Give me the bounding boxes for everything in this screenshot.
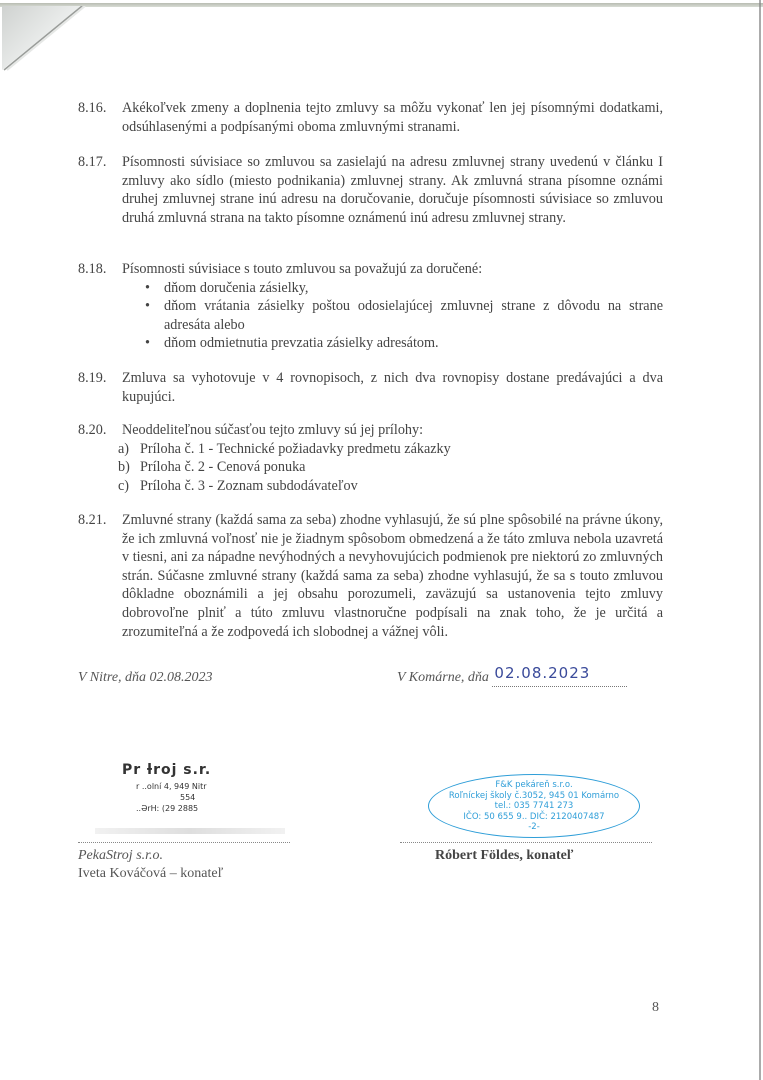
- bullet-item: •dňom vrátania zásielky poštou odosielaj…: [142, 297, 663, 334]
- section-8-21: 8.21. Zmluvné strany (každá sama za seba…: [78, 511, 663, 641]
- left-place-date: V Nitre, dňa 02.08.2023: [78, 670, 213, 686]
- right-place-date: V Komárne, dňa 02.08.2023: [397, 670, 627, 687]
- section-8-20: 8.20. Neoddeliteľnou súčasťou tejto zmlu…: [78, 421, 663, 495]
- section-text: Neoddeliteľnou súčasťou tejto zmluvy sú …: [122, 421, 663, 440]
- page-number: 8: [652, 1000, 659, 1016]
- section-8-19: 8.19. Zmluva sa vyhotovuje v 4 rovnopiso…: [78, 369, 663, 406]
- section-8-17: 8.17. Písomnosti súvisiace so zmluvou sa…: [78, 153, 663, 227]
- folded-corner-edge: [2, 6, 102, 72]
- scan-right-edge: [759, 0, 761, 1080]
- left-company-name: PekaStroj s.r.o.: [78, 848, 163, 864]
- section-number: 8.17.: [78, 153, 122, 172]
- bullet-icon: •: [145, 334, 150, 353]
- signature-line-right: [400, 842, 652, 843]
- attachment-item: b)Príloha č. 2 - Cenová ponuka: [118, 458, 663, 477]
- company-stamp-left: Pr ƚroj s.r. r ..olní 4, 949 Nitr 554 ..…: [120, 762, 270, 822]
- bullet-item: •dňom odmietnutia prevzatia zásielky adr…: [142, 334, 663, 353]
- signature-line-left: [78, 842, 290, 843]
- section-number: 8.16.: [78, 99, 122, 118]
- bullet-icon: •: [145, 297, 150, 316]
- section-text: Písomnosti súvisiace so zmluvou sa zasie…: [122, 153, 663, 227]
- section-8-16: 8.16. Akékoľvek zmeny a doplnenia tejto …: [78, 99, 663, 136]
- section-text: Zmluva sa vyhotovuje v 4 rovnopisoch, z …: [122, 369, 663, 406]
- section-text: Akékoľvek zmeny a doplnenia tejto zmluvy…: [122, 99, 663, 136]
- section-8-18: 8.18. Písomnosti súvisiace s touto zmluv…: [78, 260, 663, 353]
- company-stamp-right: F&K pekáreň s.r.o. Roľníckej školy č.305…: [428, 774, 640, 838]
- section-number: 8.19.: [78, 369, 122, 388]
- scan-shadow: [95, 828, 285, 834]
- scan-top-edge: [0, 3, 763, 7]
- section-text: Zmluvné strany (každá sama za seba) zhod…: [122, 511, 663, 641]
- left-signatory-name: Iveta Kováčová – konateľ: [78, 866, 223, 882]
- attachment-item: a)Príloha č. 1 - Technické požiadavky pr…: [118, 440, 663, 459]
- section-text: Písomnosti súvisiace s touto zmluvou sa …: [122, 260, 663, 279]
- section-number: 8.21.: [78, 511, 122, 530]
- bullet-item: •dňom doručenia zásielky,: [142, 279, 663, 298]
- section-number: 8.18.: [78, 260, 122, 279]
- section-number: 8.20.: [78, 421, 122, 440]
- bullet-icon: •: [145, 279, 150, 298]
- handwritten-date: 02.08.2023: [494, 664, 590, 682]
- attachment-item: c)Príloha č. 3 - Zoznam subdodávateľov: [118, 477, 663, 496]
- right-signatory-name: Róbert Földes, konateľ: [435, 848, 573, 864]
